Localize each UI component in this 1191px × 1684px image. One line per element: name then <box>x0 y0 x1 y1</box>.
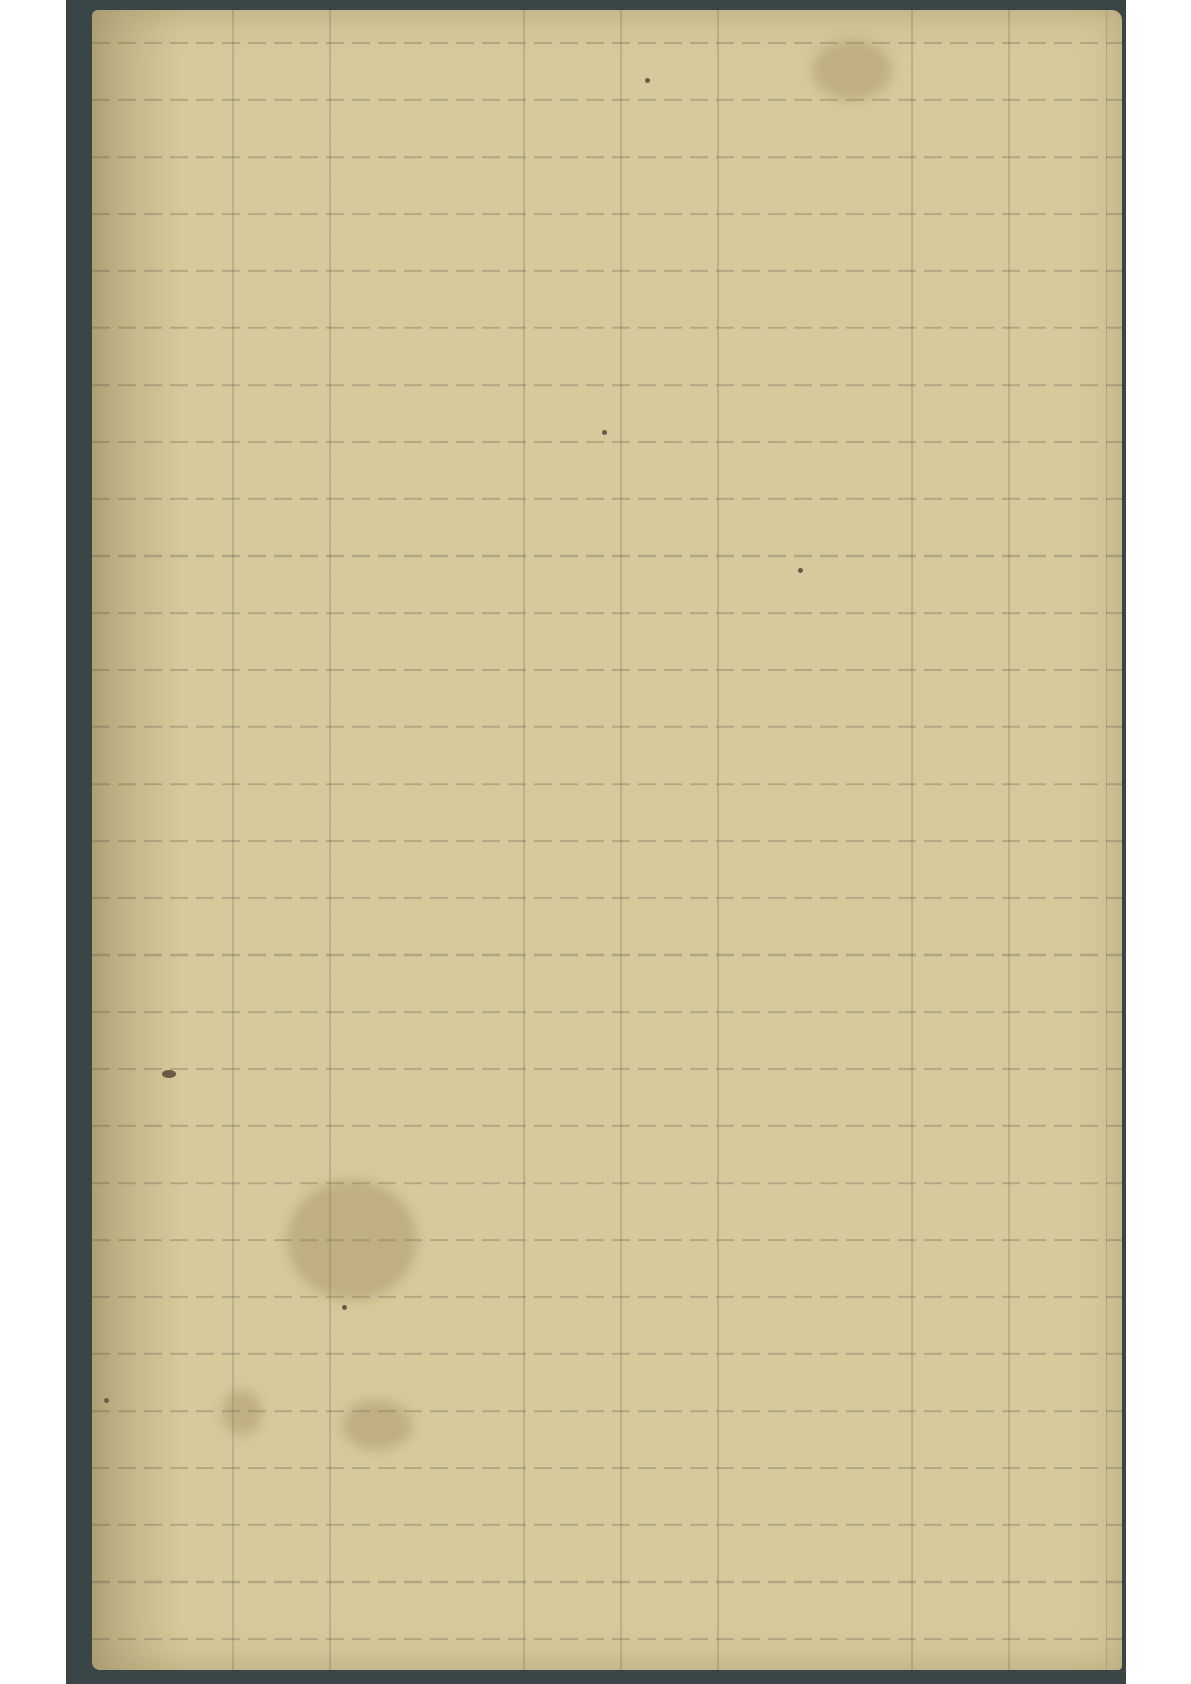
paper-page <box>92 10 1122 1670</box>
ink-speck <box>104 1398 109 1403</box>
ink-speck <box>162 1070 176 1078</box>
ink-speck <box>342 1305 347 1310</box>
water-stain <box>287 1180 417 1300</box>
water-stain <box>222 1390 262 1435</box>
ink-speck <box>798 568 803 573</box>
water-stain <box>342 1400 412 1450</box>
corner-stain <box>812 40 892 100</box>
ink-speck <box>645 78 650 83</box>
ink-speck <box>602 430 607 435</box>
